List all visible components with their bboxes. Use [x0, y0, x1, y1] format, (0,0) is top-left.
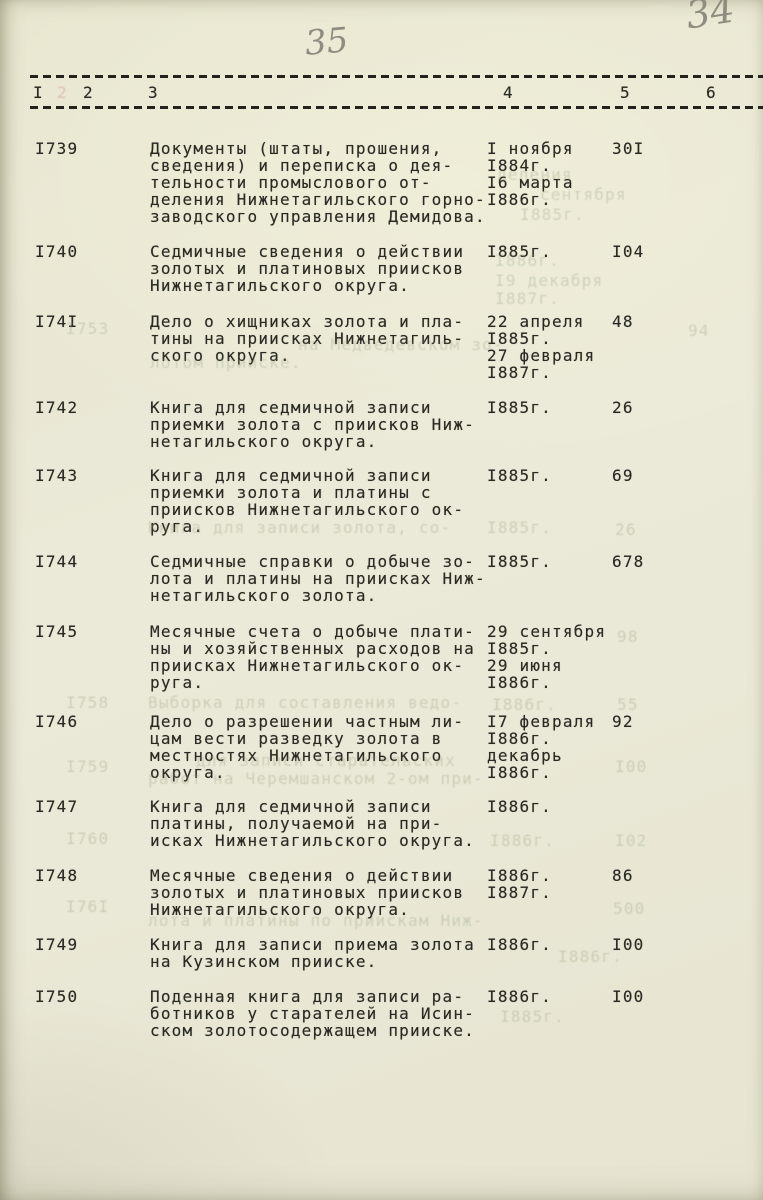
- item-dates: I7 февраля I886г. декабрь I886г.: [487, 713, 619, 781]
- item-page-count: I04: [612, 243, 702, 260]
- item-number: I749: [35, 936, 78, 953]
- item-number: I740: [35, 243, 78, 260]
- bleedthrough-text: I02: [615, 832, 648, 849]
- item-number: I750: [35, 988, 78, 1005]
- item-dates: I886г.: [487, 798, 619, 815]
- table-rule-bottom: [30, 106, 763, 109]
- bleedthrough-text: I9 декабря: [495, 272, 603, 289]
- handwritten-page-number: 35: [303, 20, 350, 64]
- item-number: I74I: [35, 313, 78, 330]
- item-number: I744: [35, 553, 78, 570]
- bleedthrough-text: I885г.: [500, 1008, 565, 1025]
- item-dates: I886г.: [487, 936, 619, 953]
- item-page-count: 92: [612, 713, 702, 730]
- item-number: I743: [35, 467, 78, 484]
- item-number: I739: [35, 140, 78, 157]
- item-dates: 22 апреля I885г. 27 февраля I887г.: [487, 313, 619, 381]
- item-page-count: 48: [612, 313, 702, 330]
- item-dates: 29 сентября I885г. 29 июня I886г.: [487, 623, 619, 691]
- item-description: Седмичные сведения о действии золотых и …: [150, 243, 500, 294]
- item-page-count: 678: [612, 553, 702, 570]
- bleedthrough-text: Выборка для составления ведо-: [148, 694, 462, 711]
- item-number: I742: [35, 399, 78, 416]
- column-header-2: 2: [83, 84, 93, 101]
- item-description: Книга для седмичной записи приемки золот…: [150, 399, 500, 450]
- item-number: I746: [35, 713, 78, 730]
- item-description: Седмичные справки о добыче зо- лота и пл…: [150, 553, 500, 604]
- table-rule-top: [30, 75, 763, 78]
- bleedthrough-text: I759: [66, 758, 109, 775]
- item-dates: I886г.: [487, 988, 619, 1005]
- item-description: Дело о хищниках золота и пла- тины на пр…: [150, 313, 500, 364]
- item-number: I745: [35, 623, 78, 640]
- item-page-count: 69: [612, 467, 702, 484]
- item-description: Месячные сведения о действии золотых и п…: [150, 867, 500, 918]
- column-header-1: I: [33, 84, 43, 101]
- item-description: Поденная книга для записи ра- ботников у…: [150, 988, 500, 1039]
- item-description: Книга для седмичной записи платины, полу…: [150, 798, 500, 849]
- item-page-count: 30I: [612, 140, 702, 157]
- item-dates: I886г. I887г.: [487, 867, 619, 901]
- item-page-count: I00: [612, 936, 702, 953]
- bleedthrough-text: 26: [615, 521, 637, 538]
- item-number: I747: [35, 798, 78, 815]
- item-description: Книга для седмичной записи приемки золот…: [150, 467, 500, 535]
- bleedthrough-text: I00: [615, 758, 648, 775]
- item-description: Дело о разрешении частным ли- цам вести …: [150, 713, 500, 781]
- item-number: I748: [35, 867, 78, 884]
- bleedthrough-text: I76I: [66, 898, 109, 915]
- column-header-6: 6: [706, 84, 716, 101]
- item-description: Документы (штаты, прошения, сведения) и …: [150, 140, 500, 225]
- item-dates: I885г.: [487, 553, 619, 570]
- document-page: 35 34 I 2 3 4 5 6 I739Документы (штаты, …: [0, 0, 763, 1200]
- item-dates: I885г.: [487, 399, 619, 416]
- bleedthrough-text: I758: [66, 694, 109, 711]
- column-header-5: 5: [620, 84, 630, 101]
- item-dates: I ноября I884г. I6 марта I886г.: [487, 140, 619, 208]
- bleedthrough-text: 500: [613, 900, 646, 917]
- bleedthrough-text: I760: [66, 830, 109, 847]
- item-dates: I885г.: [487, 467, 619, 484]
- bleedthrough-text: I886г.: [492, 696, 557, 713]
- bleedthrough-text: I887г.: [495, 290, 560, 307]
- corner-page-number: 34: [683, 0, 738, 38]
- bleedthrough-text: 2: [57, 84, 68, 101]
- item-page-count: 86: [612, 867, 702, 884]
- bleedthrough-text: 55: [617, 696, 639, 713]
- item-page-count: I00: [612, 988, 702, 1005]
- bleedthrough-text: 98: [617, 628, 639, 645]
- item-description: Книга для записи приема золота на Кузинс…: [150, 936, 500, 970]
- item-page-count: 26: [612, 399, 702, 416]
- column-header-4: 4: [503, 84, 513, 101]
- item-description: Месячные счета о добыче плати- ны и хозя…: [150, 623, 500, 691]
- item-dates: I885г.: [487, 243, 619, 260]
- column-header-3: 3: [148, 84, 158, 101]
